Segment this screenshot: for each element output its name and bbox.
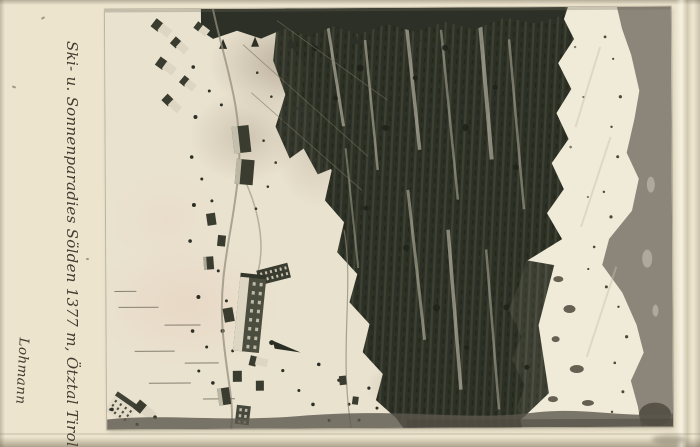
- card-edge-top: [0, 0, 700, 5]
- postcard-caption: Ski- u. Sonnenparadies Sölden 1377 m, Öt…: [63, 41, 81, 401]
- publisher-signature: Lohmann: [11, 321, 32, 422]
- photo-bottom-shadow-right: [407, 419, 673, 428]
- signature-text: Lohmann: [12, 337, 31, 405]
- paper-speck: [86, 258, 89, 260]
- postcard: Ski- u. Sonnenparadies Sölden 1377 m, Öt…: [0, 0, 700, 447]
- postcard-scan: Ski- u. Sonnenparadies Sölden 1377 m, Öt…: [0, 0, 700, 447]
- card-smudge-bottom-right: [652, 435, 686, 444]
- paper-speck: [12, 85, 16, 88]
- card-edge-bottom: [0, 437, 700, 447]
- card-edge-right: [694, 0, 700, 447]
- card-crease-bottom: [0, 433, 700, 435]
- paper-speck: [41, 16, 45, 20]
- card-edge-left: [0, 0, 5, 447]
- card-crease-right: [676, 0, 692, 447]
- photo-soelden-winter-panorama: [105, 7, 673, 430]
- caption-text: Ski- u. Sonnenparadies Sölden 1377 m, Öt…: [63, 41, 81, 447]
